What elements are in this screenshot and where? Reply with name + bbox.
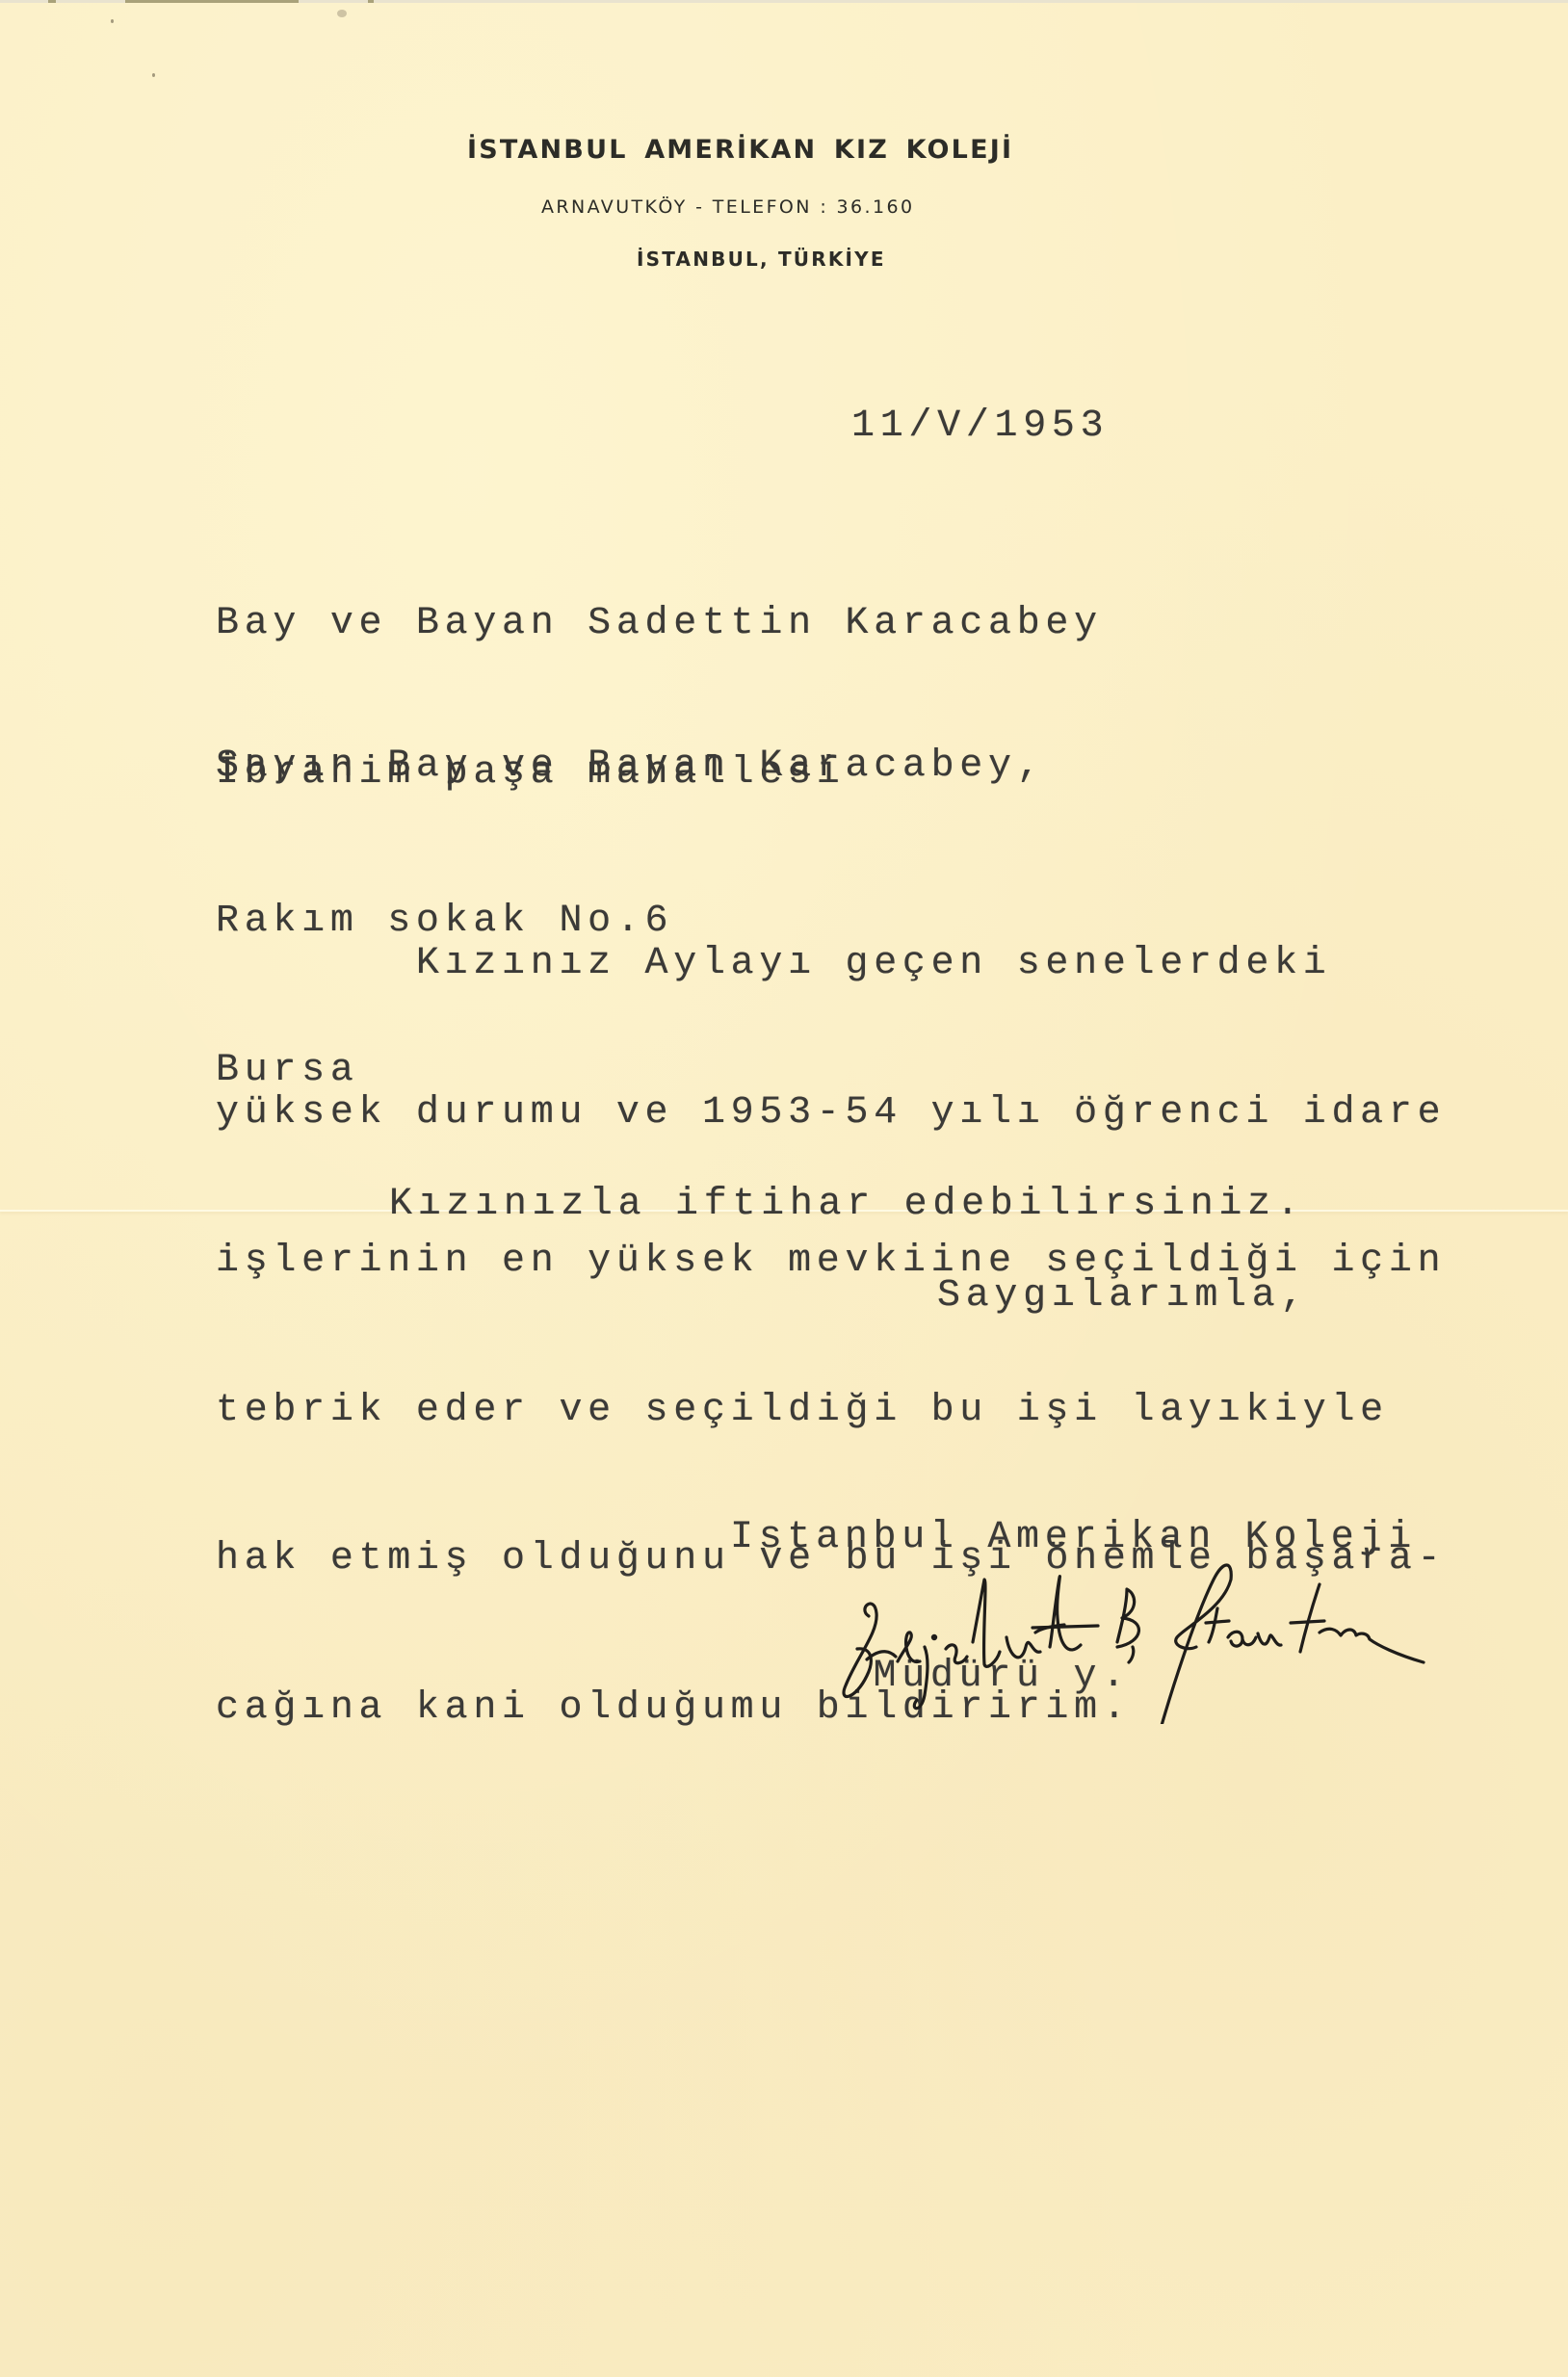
letterhead-address: ARNAVUTKÖY - TELEFON : 36.160 bbox=[541, 196, 1032, 218]
paper-speck bbox=[337, 10, 347, 17]
paper-speck bbox=[111, 19, 114, 23]
closing-remark: Kızınızla iftihar edebilirsiniz. bbox=[389, 1180, 1305, 1230]
letter-date: 11/V/1953 bbox=[851, 402, 1109, 452]
paper-speck bbox=[152, 73, 155, 77]
scan-edge-mark bbox=[368, 0, 374, 3]
recipient-name: Bay ve Bayan Sadettin Karacabey bbox=[216, 599, 1103, 649]
handwritten-signature bbox=[828, 1541, 1483, 1724]
scan-edge-mark bbox=[48, 0, 56, 3]
scan-edge-mark bbox=[125, 0, 299, 3]
signature-icon bbox=[828, 1541, 1483, 1724]
salutation: Sayın Bay ve Bayan Karacabey, bbox=[216, 742, 1045, 792]
letterhead-institution: İSTANBUL AMERİKAN KIZ KOLEJİ bbox=[467, 135, 1103, 165]
letterhead-city: İSTANBUL, TÜRKİYE bbox=[637, 248, 945, 271]
valediction: Saygılarımla, bbox=[937, 1271, 1309, 1321]
body-line: Kızınız Aylayı geçen senelerdeki bbox=[216, 939, 1446, 989]
scan-top-edge bbox=[0, 0, 1568, 3]
body-line: yüksek durumu ve 1953-54 yılı öğrenci id… bbox=[216, 1088, 1446, 1138]
